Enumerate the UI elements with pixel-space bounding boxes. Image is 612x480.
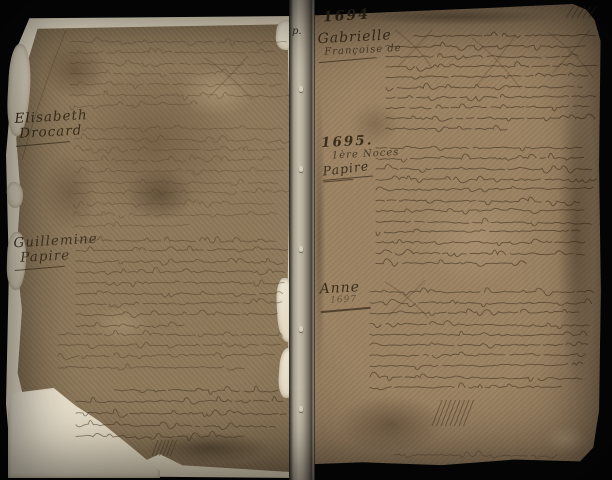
right-page bbox=[310, 4, 602, 466]
paper-stain bbox=[112, 157, 207, 232]
paper-stain bbox=[550, 14, 602, 454]
margin-note-anne: Anne 1697 bbox=[319, 280, 371, 313]
margin-note-line: Drocard bbox=[19, 123, 89, 141]
margin-note-1695-papire: 1695. 1ère Noces Papire bbox=[321, 132, 401, 182]
margin-note-gabrielle: Gabrielle Françoise de bbox=[317, 28, 402, 63]
binding-stitch bbox=[299, 86, 303, 92]
paper-stain bbox=[30, 30, 120, 110]
margin-note-elisabeth-drocard: Elisabeth Drocard bbox=[14, 108, 89, 146]
paper-stain bbox=[535, 419, 597, 461]
margin-note-guillemine-papire: Guillemine Papire bbox=[13, 232, 99, 270]
folio-mark: p. bbox=[292, 26, 302, 37]
binding-stitch bbox=[299, 326, 303, 332]
paper-stain bbox=[390, 174, 560, 304]
scanned-register-spread: p. Elisabeth Drocard Guillemine Papire 1… bbox=[0, 0, 612, 480]
year-heading: 1694 bbox=[322, 6, 370, 25]
paper-stain bbox=[82, 297, 162, 352]
binding-stitch bbox=[299, 246, 303, 252]
binding-stitch bbox=[299, 166, 303, 172]
margin-note-line: 1697 bbox=[330, 295, 370, 307]
binding-stitch bbox=[299, 406, 303, 412]
paper-stain bbox=[316, 384, 466, 464]
binding-strip bbox=[289, 0, 315, 480]
paper-stain bbox=[30, 137, 110, 247]
margin-note-line: Papire bbox=[20, 247, 99, 266]
paper-stain bbox=[162, 57, 272, 127]
